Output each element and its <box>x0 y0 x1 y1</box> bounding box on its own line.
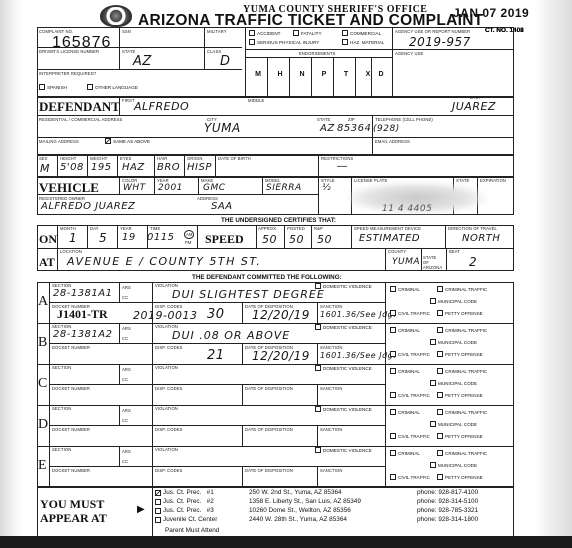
hair-value: BRO <box>157 162 180 173</box>
municipal-code-checkbox[interactable]: MUNICIPAL CODE <box>430 339 477 345</box>
date-disposition-label: DATE OF DISPOSITION <box>245 468 293 473</box>
disp-code-value: 21 <box>207 348 225 363</box>
device-label: SPEED MEASUREMENT DEVICE <box>354 226 421 231</box>
petty-offense-checkbox[interactable]: PETTY OFFENSE <box>437 392 483 398</box>
year-label-cert: YEAR <box>120 226 132 231</box>
other-language-checkbox[interactable]: OTHER LANGUAGE <box>87 84 138 90</box>
time-value: 0115 <box>147 232 174 243</box>
row-letter: C <box>38 376 47 392</box>
first-name-label: FIRST <box>122 98 135 103</box>
certifies-banner: THE UNDERSIGNED CERTIFIES THAT: <box>221 217 336 224</box>
height-label: HEIGHT <box>60 156 76 161</box>
agency-report-label: AGENCY USE OR REPORT NUMBER <box>395 29 470 34</box>
domestic-violence-checkbox[interactable]: DOMESTIC VIOLENCE <box>315 283 372 289</box>
weight-value: 195 <box>91 162 112 173</box>
posted-speed-value: 50 <box>289 233 304 246</box>
docket-handwritten: 2019-0013 <box>133 309 197 322</box>
cc-label: CC <box>122 459 128 464</box>
municipal-code-checkbox[interactable]: MUNICIPAL CODE <box>430 298 477 304</box>
hair-label: HAIR <box>157 156 167 161</box>
time-label: TIME <box>150 226 160 231</box>
approx-label: APPROX. <box>258 226 277 231</box>
endorsement-n: N <box>292 71 312 78</box>
endorsement-t: T <box>336 71 356 78</box>
violation-label: VIOLATION <box>155 406 178 411</box>
agency-use-label: AGENCY USE <box>395 51 423 56</box>
on-label: ON <box>39 232 57 247</box>
criminal-checkbox[interactable]: CRIMINAL <box>390 368 420 374</box>
registered-owner-value: ALFREDO JUAREZ <box>41 201 135 212</box>
court-checkbox[interactable]: Jus. Ct. Prec. #1 <box>155 489 214 497</box>
section-value: 28-1381A1 <box>53 288 113 299</box>
domestic-violence-checkbox[interactable]: DOMESTIC VIOLENCE <box>315 365 372 371</box>
ars-label: ARS <box>122 285 131 290</box>
zip-value: 85364 <box>337 123 371 134</box>
speed-heading: SPEED <box>205 232 244 247</box>
arrow-right-icon: ▶ <box>137 504 145 515</box>
day-label: DAY <box>90 226 99 231</box>
origin-value: HISP <box>187 162 212 173</box>
dl-state-value: AZ <box>133 54 152 69</box>
fatality-checkbox[interactable]: FATALITY <box>293 30 322 36</box>
first-name-value: ALFREDO <box>134 100 189 113</box>
row-letter: B <box>38 335 47 351</box>
date-disposition-label: DATE OF DISPOSITION <box>245 386 293 391</box>
petty-offense-checkbox[interactable]: PETTY OFFENSE <box>437 474 483 480</box>
cc-label: CC <box>122 418 128 423</box>
state-label-def: STATE <box>317 117 330 122</box>
criminal-checkbox[interactable]: CRIMINAL <box>390 286 420 292</box>
domestic-violence-checkbox[interactable]: DOMESTIC VIOLENCE <box>315 406 372 412</box>
ssn-label: SSN <box>122 29 131 34</box>
location-value: AVENUE E / COUNTY 5TH ST. <box>67 255 261 268</box>
row-letter: A <box>38 294 48 310</box>
petty-offense-checkbox[interactable]: PETTY OFFENSE <box>437 433 483 439</box>
ars-label: ARS <box>122 326 131 331</box>
docket-label: DOCKET NUMBER <box>52 427 90 432</box>
docket-label: DOCKET NUMBER <box>52 468 90 473</box>
beat-label: BEAT <box>449 249 460 254</box>
docket-label: DOCKET NUMBER <box>52 345 90 350</box>
county-value: YUMA <box>392 257 420 267</box>
court-address: 10260 Dome St., Wellton, AZ 85356 <box>249 507 351 515</box>
model-value: SIERRA <box>266 183 302 193</box>
serious-injury-checkbox[interactable]: SERIOUS PHYSICAL INJURY <box>249 39 319 45</box>
agency-report-number: 2019-957 <box>409 35 471 49</box>
owner-address-value: SAA <box>211 201 233 212</box>
city-value: YUMA <box>204 121 241 135</box>
owner-address-tail: 11 4 4405 <box>382 204 432 214</box>
pm-label: PM <box>185 240 191 245</box>
municipal-code-checkbox[interactable]: MUNICIPAL CODE <box>430 421 477 427</box>
petty-offense-checkbox[interactable]: PETTY OFFENSE <box>437 351 483 357</box>
domestic-violence-checkbox[interactable]: DOMESTIC VIOLENCE <box>315 324 372 330</box>
endorsement-p: P <box>314 71 334 78</box>
accident-checkbox[interactable]: ACCIDENT <box>249 30 280 36</box>
court-checkbox[interactable]: Jus. Ct. Prec. #3 <box>155 507 214 515</box>
petty-offense-checkbox[interactable]: PETTY OFFENSE <box>437 310 483 316</box>
section-label: SECTION <box>52 447 71 452</box>
section-label: SECTION <box>52 365 71 370</box>
at-label: AT <box>39 255 55 270</box>
color-value: WHT <box>123 183 146 193</box>
scanned-page: YUMA COUNTY SHERIFF'S OFFICE ARIZONA TRA… <box>0 0 572 536</box>
address-label: RESIDENTIAL / COMMERCIAL ADDRESS <box>39 117 122 122</box>
court-phone: phone: 928-785-3321 <box>417 507 478 515</box>
court-address: 250 W. 2nd St., Yuma, AZ 85364 <box>249 489 342 497</box>
sex-value: M <box>40 162 50 175</box>
sheriff-seal-icon <box>100 5 132 27</box>
criminal-checkbox[interactable]: CRIMINAL <box>390 409 420 415</box>
ars-label: ARS <box>122 367 131 372</box>
middle-name-label: MIDDLE <box>248 98 264 103</box>
rp-label: R&P <box>314 226 323 231</box>
viewer-bottom-bar <box>0 536 572 548</box>
email-label: EMAIL ADDRESS <box>375 139 410 144</box>
defendant-heading: DEFENDANT <box>39 99 120 115</box>
violation-label: VIOLATION <box>155 447 178 452</box>
date-disposition-label: DATE OF DISPOSITION <box>245 427 293 432</box>
criminal-traffic-checkbox[interactable]: CRIMINAL TRAFFIC <box>437 327 487 333</box>
court-phone: phone: 928-817-4100 <box>417 489 478 497</box>
criminal-checkbox[interactable]: CRIMINAL <box>390 327 420 333</box>
violation-label: VIOLATION <box>155 365 178 370</box>
spanish-checkbox[interactable]: SPANISH <box>39 84 67 90</box>
section-value: 28-1381A2 <box>53 329 113 340</box>
military-label: MILITARY <box>207 29 227 34</box>
section-label: SECTION <box>52 406 71 411</box>
interpreter-label: INTERPRETER REQUIRED? <box>39 71 96 76</box>
ars-label: ARS <box>122 449 131 454</box>
device-value: ESTIMATED <box>359 233 420 244</box>
state-value-def: AZ <box>320 123 335 134</box>
domestic-violence-checkbox[interactable]: DOMESTIC VIOLENCE <box>315 447 372 453</box>
civil-traffic-checkbox[interactable]: CIVIL TRAFFIC <box>390 310 430 316</box>
traffic-ticket-form: YUMA COUNTY SHERIFF'S OFFICE ARIZONA TRA… <box>37 27 551 537</box>
violations-banner: THE DEFENDANT COMMITTED THE FOLLOWING: <box>192 274 342 281</box>
you-must-appear-heading: YOU MUSTAPPEAR AT <box>40 497 107 525</box>
month-value: 1 <box>69 231 77 245</box>
court-address: 2440 W. 28th St., Yuma, AZ 85364 <box>249 516 347 524</box>
row-letter: D <box>38 417 48 433</box>
court-checkbox[interactable]: Jus. Ct. Prec. #2 <box>155 498 214 506</box>
court-phone: phone: 928-314-5100 <box>417 498 478 506</box>
state-of-arizona-label: STATE OF ARIZONA <box>423 255 443 270</box>
municipal-code-checkbox[interactable]: MUNICIPAL CODE <box>430 462 477 468</box>
disp-codes-label: DISP. CODES <box>155 468 183 473</box>
cc-label: CC <box>122 295 128 300</box>
eyes-value: HAZ <box>122 162 145 173</box>
disp-code-value: 30 <box>207 307 225 322</box>
class-value: D <box>220 54 231 69</box>
mailing-address-label: MAILING ADDRESS <box>39 139 79 144</box>
docket-value: J1401-TR <box>57 307 108 322</box>
violation-value: DUI SLIGHTEST DEGREE <box>172 288 325 301</box>
court-phone: phone: 928-314-1800 <box>417 516 478 524</box>
criminal-traffic-checkbox[interactable]: CRIMINAL TRAFFIC <box>437 286 487 292</box>
beat-value: 2 <box>469 255 477 269</box>
endorsement-m: M <box>248 71 268 78</box>
endorsement-d: D <box>371 71 391 78</box>
cc-label: CC <box>122 336 128 341</box>
endorsement-h: H <box>270 71 290 78</box>
zip-label: ZIP <box>348 117 355 122</box>
endorsements-label: ENDORSEMENTS <box>299 51 336 56</box>
sex-label: SEX <box>39 156 48 161</box>
last-name-value: JUAREZ <box>452 100 496 113</box>
criminal-checkbox[interactable]: CRIMINAL <box>390 450 420 456</box>
sanction-label: SANCTION <box>320 427 342 432</box>
court-checkbox[interactable]: Juvenile Ct. Center <box>155 516 217 524</box>
direction-label: DIRECTION OF TRAVEL <box>448 226 497 231</box>
direction-value: NORTH <box>462 233 500 244</box>
criminal-traffic-checkbox[interactable]: CRIMINAL TRAFFIC <box>437 368 487 374</box>
cc-label: CC <box>122 377 128 382</box>
style-value: ½ <box>322 183 331 193</box>
plate-state-label: STATE <box>456 178 469 183</box>
commercial-checkbox[interactable]: COMMERCIAL <box>342 30 381 36</box>
county-label: COUNTY <box>388 249 406 254</box>
disp-codes-label: DISP. CODES <box>155 345 183 350</box>
day-value: 5 <box>99 231 107 245</box>
location-label: LOCATION <box>60 249 82 254</box>
disp-codes-label: DISP. CODES <box>155 386 183 391</box>
docket-label: DOCKET NUMBER <box>52 386 90 391</box>
civil-traffic-checkbox[interactable]: CIVIL TRAFFIC <box>390 392 430 398</box>
posted-label: POSTED <box>287 226 305 231</box>
phone-label: TELEPHONE (CELL PHONE) <box>375 117 433 122</box>
civil-traffic-checkbox[interactable]: CIVIL TRAFFIC <box>390 474 430 480</box>
sanction-label: SANCTION <box>320 304 342 309</box>
approx-speed-value: 50 <box>262 233 277 246</box>
dob-label: DATE OF BIRTH <box>218 156 251 161</box>
restrictions-value: — <box>337 161 347 172</box>
sanction-value: 1601.36/See Jdg. <box>320 351 396 360</box>
sanction-label: SANCTION <box>320 468 342 473</box>
municipal-code-checkbox[interactable]: MUNICIPAL CODE <box>430 380 477 386</box>
phone-value: (928) <box>373 124 400 134</box>
same-as-above-checkbox[interactable]: SAME AS ABOVE <box>105 138 150 144</box>
sanction-label: SANCTION <box>320 345 342 350</box>
haz-material-checkbox[interactable]: HAZ. MATERIAL <box>342 39 384 45</box>
row-letter: E <box>38 458 47 474</box>
vehicle-heading: VEHICLE <box>39 180 99 196</box>
criminal-traffic-checkbox[interactable]: CRIMINAL TRAFFIC <box>437 450 487 456</box>
court-number: CT. NO. 1400 <box>485 27 524 35</box>
criminal-traffic-checkbox[interactable]: CRIMINAL TRAFFIC <box>437 409 487 415</box>
court-address: 1358 E. Liberty St., San Luis, AZ 85349 <box>249 498 361 506</box>
ars-label: ARS <box>122 408 131 413</box>
origin-label: ORIGIN <box>187 156 203 161</box>
year-value-cert: 19 <box>122 232 136 243</box>
received-date-stamp: JAN 07 2019 <box>453 6 529 20</box>
disp-codes-label: DISP. CODES <box>155 304 183 309</box>
date-disposition-value: 12/20/19 <box>252 349 310 363</box>
make-value: GMC <box>203 183 226 193</box>
parent-must-attend-note: Parent Must Attend <box>165 527 219 535</box>
sanction-value: 1601.36/See Jdg. <box>320 310 396 319</box>
violation-value: DUI .08 OR ABOVE <box>172 329 290 342</box>
height-value: 5'08 <box>60 162 84 173</box>
disp-codes-label: DISP. CODES <box>155 427 183 432</box>
weight-label: WEIGHT <box>90 156 107 161</box>
sanction-label: SANCTION <box>320 386 342 391</box>
year-value: 2001 <box>158 183 183 193</box>
date-disposition-value: 12/20/19 <box>252 308 310 322</box>
civil-traffic-checkbox[interactable]: CIVIL TRAFFIC <box>390 351 430 357</box>
dl-label: DRIVER'S LICENSE NUMBER <box>39 49 99 54</box>
eyes-label: EYES <box>120 156 132 161</box>
civil-traffic-checkbox[interactable]: CIVIL TRAFFIC <box>390 433 430 439</box>
rp-speed-value: 50 <box>317 233 332 246</box>
expiration-label: EXPIRATION <box>480 178 506 183</box>
